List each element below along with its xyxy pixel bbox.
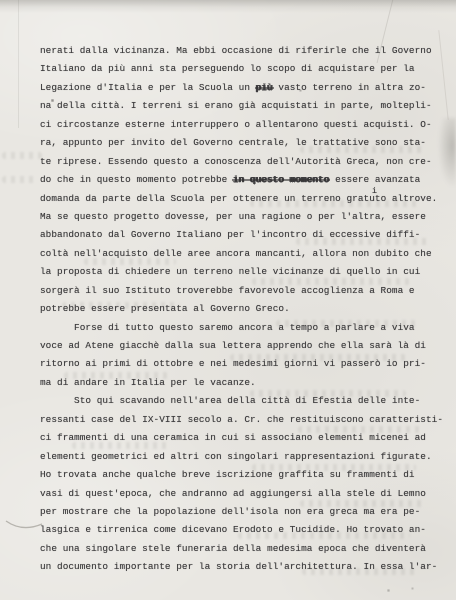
text-line: Legazione d'Italia e per la Scuola un pi… xyxy=(40,79,440,97)
text-segment: coltà nell'acquisto delle aree ancora ma… xyxy=(40,248,432,259)
text-line: na della città. I terreni si erano già a… xyxy=(40,97,440,115)
text-line: lasgica e tirrenica come dicevano Erodot… xyxy=(40,521,440,539)
bleedthrough-artifact xyxy=(2,152,42,159)
text-segment: te riprese. Essendo questo a conoscenza … xyxy=(40,156,432,167)
text-segment: Ma se questo progetto dovesse, per una r… xyxy=(40,211,426,222)
text-line: ritorno ai primi di ottobre e nei medesi… xyxy=(40,355,440,373)
text-line: ma di andare in Italia per le vacanze. xyxy=(40,374,440,392)
struck-out-text: in questo momento xyxy=(233,174,330,185)
text-line: Ma se questo progetto dovesse, per una r… xyxy=(40,208,440,226)
text-line: ci frammenti di una ceramica in cui si a… xyxy=(40,429,440,447)
text-segment: ressanti case del IX-VIII secolo a. Cr. … xyxy=(40,414,443,425)
text-segment: voce ad Atene giacchè dalla sua lettera … xyxy=(40,340,426,351)
scanned-letter-page: nerati dalla vicinanza. Ma ebbi occasion… xyxy=(0,0,456,600)
text-line: per mostrare che la popolazione dell'iso… xyxy=(40,503,440,521)
text-line: vasi di quest'epoca, che andranno ad agg… xyxy=(40,485,440,503)
text-segment: lasgica e tirrenica come dicevano Erodot… xyxy=(40,524,426,535)
text-segment: do che in questo momento potrebbe xyxy=(40,174,233,185)
ink-specks xyxy=(0,0,1,1)
bleedthrough-artifact xyxy=(2,176,36,183)
scan-top-edge-shadow xyxy=(0,0,456,13)
text-segment: essere avanzata xyxy=(329,174,420,185)
struck-out-text: più xyxy=(256,82,273,93)
text-segment: nerati dalla vicinanza. Ma ebbi occasion… xyxy=(40,45,432,56)
text-segment: Italiano da più anni sta perseguendo lo … xyxy=(40,63,415,74)
text-segment: ra, appunto per invito del Governo centr… xyxy=(40,137,426,148)
text-segment: Sto qui scavando nell'area della città d… xyxy=(40,395,420,406)
text-line: Italiano da più anni sta perseguendo lo … xyxy=(40,60,440,78)
text-segment: ci frammenti di una ceramica in cui si a… xyxy=(40,432,426,443)
text-segment: Legazione d'Italia e per la Scuola un xyxy=(40,82,256,93)
text-segment: ci circostanze esterne interruppero o al… xyxy=(40,119,432,130)
text-line: voce ad Atene giacchè dalla sua lettera … xyxy=(40,337,440,355)
edge-smudge-artifact xyxy=(438,118,456,188)
text-segment: Forse di tutto questo saremo ancora a te… xyxy=(40,322,415,333)
pencil-mark xyxy=(2,508,46,538)
text-segment: potrebbe essere presentata al Governo Gr… xyxy=(40,303,290,314)
text-segment: ritorno ai primi di ottobre e nei medesi… xyxy=(40,358,426,369)
text-segment: domanda da parte della Scuola per ottene… xyxy=(40,193,375,204)
paper-crease xyxy=(18,0,19,128)
text-segment: elementi geometrici ed altri con singola… xyxy=(40,451,432,462)
text-segment: sorgerà il suo Istituto troverebbe favor… xyxy=(40,285,415,296)
text-line: la proposta di chiedere un terreno nelle… xyxy=(40,263,440,281)
text-segment: un documento importante per la storia de… xyxy=(40,561,437,572)
text-line: nerati dalla vicinanza. Ma ebbi occasion… xyxy=(40,42,440,60)
text-line: ci circostanze esterne interruppero o al… xyxy=(40,116,440,134)
text-line: domanda da parte della Scuola per ottene… xyxy=(40,190,440,208)
text-segment: abbandonato dal Governo Italiano per l'i… xyxy=(40,229,420,240)
text-segment: per mostrare che la popolazione dell'iso… xyxy=(40,506,420,517)
text-line: ra, appunto per invito del Governo centr… xyxy=(40,134,440,152)
text-segment: Ho trovata anche qualche breve iscrizion… xyxy=(40,469,415,480)
text-segment: che una singolare stele funeraria della … xyxy=(40,543,426,554)
text-line: Ho trovata anche qualche breve iscrizion… xyxy=(40,466,440,484)
text-line: un documento importante per la storia de… xyxy=(40,558,440,576)
text-segment: to altrove. xyxy=(375,193,437,204)
text-segment: ma di andare in Italia per le vacanze. xyxy=(40,377,256,388)
text-segment: vasi di quest'epoca, che andranno ad agg… xyxy=(40,488,426,499)
letter-body: nerati dalla vicinanza. Ma ebbi occasion… xyxy=(40,42,440,577)
text-line: elementi geometrici ed altri con singola… xyxy=(40,448,440,466)
text-line: abbandonato dal Governo Italiano per l'i… xyxy=(40,226,440,244)
text-line: che una singolare stele funeraria della … xyxy=(40,540,440,558)
text-line: potrebbe essere presentata al Governo Gr… xyxy=(40,300,440,318)
text-line: coltà nell'acquisto delle aree ancora ma… xyxy=(40,245,440,263)
text-line: te riprese. Essendo questo a conoscenza … xyxy=(40,153,440,171)
text-line: do che in questo momento potrebbe in que… xyxy=(40,171,440,189)
text-line: Forse di tutto questo saremo ancora a te… xyxy=(40,319,440,337)
text-line: Sto qui scavando nell'area della città d… xyxy=(40,392,440,410)
text-segment: vasto terreno in altra zo- xyxy=(273,82,426,93)
text-line: ressanti case del IX-VIII secolo a. Cr. … xyxy=(40,411,440,429)
text-segment: la proposta di chiedere un terreno nelle… xyxy=(40,266,420,277)
text-segment: na della città. I terreni si erano già a… xyxy=(40,100,432,111)
text-line: sorgerà il suo Istituto troverebbe favor… xyxy=(40,282,440,300)
